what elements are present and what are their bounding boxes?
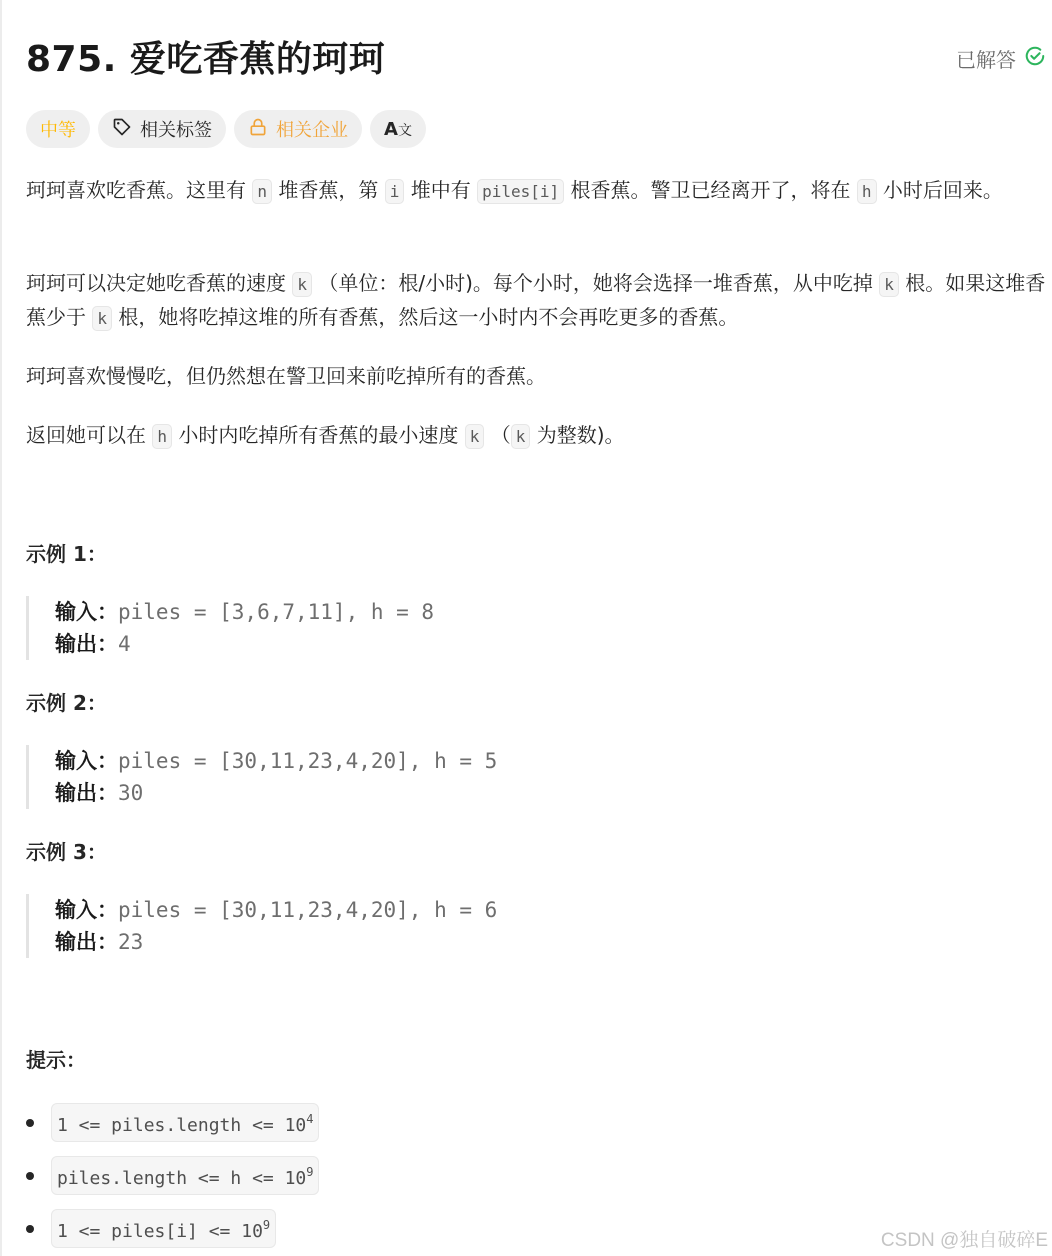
watermark: CSDN @独自破碎E [881, 1225, 1048, 1252]
example-2-heading: 示例 2： [26, 688, 107, 718]
constraint-item: piles.length <= h <= 109 [26, 1156, 319, 1195]
output-label: 输出： [55, 781, 118, 805]
example-1-heading: 示例 1： [26, 539, 107, 569]
left-border [0, 0, 2, 1256]
example-1-block: 输入：piles = [3,6,7,11], h = 8 输出：4 [26, 596, 434, 660]
inline-code: n [252, 179, 272, 204]
solved-label: 已解答 [956, 44, 1016, 76]
text: 堆中有 [411, 178, 471, 202]
description-paragraph-1: 珂珂喜欢吃香蕉。这里有 n 堆香蕉，第 i 堆中有 piles[i] 根香蕉。警… [26, 174, 1046, 208]
constraint-code: piles.length <= h <= 109 [51, 1156, 319, 1195]
bullet [26, 1172, 34, 1180]
inline-code: k [292, 272, 312, 297]
constraint-code: 1 <= piles[i] <= 109 [51, 1209, 276, 1248]
problem-title: 875. 爱吃香蕉的珂珂 [26, 36, 385, 84]
input-value: piles = [30,11,23,4,20], h = 6 [118, 898, 497, 922]
check-circle-icon [1024, 44, 1046, 76]
description-paragraph-3: 珂珂喜欢慢慢吃，但仍然想在警卫回来前吃掉所有的香蕉。 [26, 360, 1046, 393]
constraint-item: 1 <= piles.length <= 104 [26, 1103, 319, 1142]
example-3-input: 输入：piles = [30,11,23,4,20], h = 6 [55, 894, 497, 926]
example-3-heading: 示例 3： [26, 837, 107, 867]
output-value: 4 [118, 632, 131, 656]
translate-icon: A文 [384, 119, 412, 140]
text: 小时内吃掉所有香蕉的最小速度 [178, 423, 458, 447]
inline-code: k [92, 306, 112, 331]
difficulty-label: 中等 [40, 116, 76, 142]
tag-icon [112, 117, 132, 142]
description-paragraph-4: 返回她可以在 h 小时内吃掉所有香蕉的最小速度 k （k 为整数)。 [26, 419, 1046, 453]
tag-bar: 中等 相关标签 相关企业 A文 [26, 110, 426, 148]
example-1-input: 输入：piles = [3,6,7,11], h = 8 [55, 596, 434, 628]
related-companies-label: 相关企业 [276, 116, 348, 142]
text: 小时后回来。 [883, 178, 1003, 202]
constraint-text: 1 <= piles[i] <= 10 [57, 1221, 263, 1242]
inline-code: piles[i] [477, 179, 564, 204]
example-3-block: 输入：piles = [30,11,23,4,20], h = 6 输出：23 [26, 894, 497, 958]
input-label: 输入： [55, 898, 118, 922]
bullet [26, 1225, 34, 1233]
output-value: 30 [118, 781, 143, 805]
inline-code: k [511, 424, 531, 449]
related-tags-button[interactable]: 相关标签 [98, 110, 226, 148]
example-2-input: 输入：piles = [30,11,23,4,20], h = 5 [55, 745, 497, 777]
text: 堆香蕉，第 [278, 178, 378, 202]
exponent: 9 [263, 1218, 270, 1232]
description-paragraph-2: 珂珂可以决定她吃香蕉的速度 k （单位：根/小时)。每个小时，她将会选择一堆香蕉… [26, 267, 1046, 335]
text: 为整数)。 [537, 423, 625, 447]
input-value: piles = [3,6,7,11], h = 8 [118, 600, 434, 624]
constraint-item: 1 <= piles[i] <= 109 [26, 1209, 276, 1248]
text: （单位：根/小时)。每个小时，她将会选择一堆香蕉，从中吃掉 [318, 271, 873, 295]
translate-button[interactable]: A文 [370, 110, 426, 148]
text: 珂珂喜欢吃香蕉。这里有 [26, 178, 246, 202]
input-label: 输入： [55, 600, 118, 624]
output-value: 23 [118, 930, 143, 954]
related-companies-button[interactable]: 相关企业 [234, 110, 362, 148]
constraint-text: piles.length <= h <= 10 [57, 1168, 306, 1189]
exponent: 4 [306, 1112, 313, 1126]
example-2-output: 输出：30 [55, 777, 497, 809]
constraint-code: 1 <= piles.length <= 104 [51, 1103, 319, 1142]
constraint-text: 1 <= piles.length <= 10 [57, 1115, 306, 1136]
output-label: 输出： [55, 930, 118, 954]
difficulty-badge[interactable]: 中等 [26, 110, 90, 148]
example-3-output: 输出：23 [55, 926, 497, 958]
inline-code: h [857, 179, 877, 204]
inline-code: k [879, 272, 899, 297]
text: （ [491, 423, 511, 447]
example-1-output: 输出：4 [55, 628, 434, 660]
input-value: piles = [30,11,23,4,20], h = 5 [118, 749, 497, 773]
constraints-heading: 提示： [26, 1045, 86, 1075]
bullet [26, 1119, 34, 1127]
title-row: 875. 爱吃香蕉的珂珂 已解答 [26, 36, 1046, 84]
solved-status: 已解答 [956, 44, 1046, 76]
inline-code: k [465, 424, 485, 449]
example-2-block: 输入：piles = [30,11,23,4,20], h = 5 输出：30 [26, 745, 497, 809]
text: 返回她可以在 [26, 423, 146, 447]
input-label: 输入： [55, 749, 118, 773]
lock-icon [248, 117, 268, 142]
exponent: 9 [306, 1165, 313, 1179]
text: 根香蕉。警卫已经离开了，将在 [571, 178, 851, 202]
text: 珂珂可以决定她吃香蕉的速度 [26, 271, 286, 295]
text: 根，她将吃掉这堆的所有香蕉，然后这一小时内不会再吃更多的香蕉。 [118, 305, 738, 329]
related-tags-label: 相关标签 [140, 116, 212, 142]
output-label: 输出： [55, 632, 118, 656]
inline-code: h [152, 424, 172, 449]
inline-code: i [385, 179, 405, 204]
